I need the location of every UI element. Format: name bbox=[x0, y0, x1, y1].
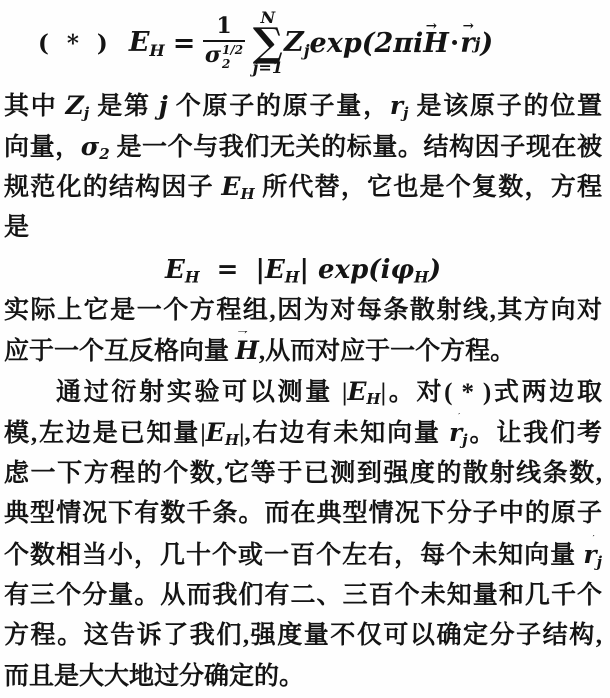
text-line: 应于一个互反格向量 →H,从而对应于一个方程。 bbox=[4, 331, 602, 372]
text-run: 向量， bbox=[4, 134, 81, 161]
math-var: r bbox=[583, 540, 596, 569]
sigma-symbol: σ bbox=[205, 44, 221, 67]
math-var: H bbox=[235, 336, 259, 365]
math-sub: H bbox=[240, 185, 254, 203]
close-paren: ) bbox=[480, 28, 493, 59]
text-run: 而且是大大地过分确定的。 bbox=[4, 663, 304, 690]
math-Z-j: Zj bbox=[284, 27, 310, 60]
math-E-H-abs: EH bbox=[265, 255, 300, 285]
math-var: E bbox=[347, 377, 366, 406]
math-E-subscript: H bbox=[149, 40, 164, 59]
vector-arrow-icon: → bbox=[426, 20, 437, 34]
math-E-H: EH bbox=[165, 255, 200, 285]
text-line: 典型情况下有数千条。而在典型情况下分子中的原子 bbox=[4, 494, 602, 535]
fraction-numerator: 1 bbox=[203, 15, 244, 42]
math-i-phi: iφ bbox=[381, 255, 414, 285]
math-E: E bbox=[265, 255, 285, 285]
math-vector: →r bbox=[449, 413, 462, 454]
math-sub: j bbox=[597, 553, 602, 571]
vector-r: →r bbox=[460, 28, 474, 59]
text-run: 。让我们考 bbox=[468, 420, 602, 447]
sigma-supsub: 1/2 2 bbox=[222, 44, 243, 70]
dot-product-icon: · bbox=[450, 28, 459, 59]
sigma-superscript: 1/2 bbox=[222, 44, 243, 57]
close-paren: ) bbox=[429, 255, 441, 285]
math-var: Z bbox=[66, 91, 84, 120]
math-var: j bbox=[159, 91, 168, 120]
vector-arrow-icon: → bbox=[238, 331, 248, 337]
exp-open: exp(2πi bbox=[310, 28, 424, 59]
text-run: 是一个与我们无关的标量。结构因子现在被 bbox=[110, 134, 602, 161]
text-run: 是第 bbox=[89, 93, 159, 120]
math-var: E bbox=[206, 418, 225, 447]
text-run: 个原子的原子量， bbox=[168, 93, 390, 120]
text-run: 规范化的结构因子 bbox=[4, 174, 221, 201]
vector-H: →H bbox=[423, 28, 449, 59]
text-run: 应于一个互反格向量 bbox=[4, 338, 235, 365]
equation-label: ( * ) bbox=[38, 30, 113, 57]
text-run: 有三个分量。从而我们有二、三百个未知量和几千个 bbox=[4, 582, 602, 609]
text-line: 其中 Zj 是第 j 个原子的原子量，rj 是该原子的位置 bbox=[4, 86, 602, 127]
math-var: r bbox=[390, 91, 403, 120]
text-run: 是该原子的位置 bbox=[408, 93, 602, 120]
vector-arrow-icon: → bbox=[451, 413, 461, 419]
text-line: 而且是大大地过分确定的。 bbox=[4, 657, 602, 698]
exp-open: exp( bbox=[318, 255, 381, 285]
math-E: E bbox=[129, 27, 150, 58]
body-text: 其中 Zj 是第 j 个原子的原子量，rj 是该原子的位置向量，σ2 是一个与我… bbox=[0, 86, 610, 698]
text-run: 方程。这告诉了我们,强度量不仅可以确定分子结构, bbox=[4, 622, 602, 649]
summation-sigma-icon: ∑ bbox=[253, 26, 283, 60]
text-line: 有三个分量。从而我们有二、三百个未知量和几千个 bbox=[4, 576, 602, 617]
equation-star-block: ( * ) EH = 1 σ 1/2 2 N ∑ j=1 Zj exp(2πi … bbox=[0, 0, 610, 86]
text-run: 模,左边是已知量| bbox=[4, 420, 206, 447]
math-sub: 2 bbox=[99, 144, 109, 162]
math-phi-subscript: H bbox=[414, 267, 429, 286]
text-run: 其中 bbox=[4, 93, 66, 120]
text-run: 虑一下方程的个数,它等于已测到强度的散射线条数, bbox=[4, 460, 602, 487]
text-run: 所代替，它也是个复数，方程 bbox=[255, 174, 602, 201]
math-vector: →r bbox=[583, 535, 596, 576]
equation-phase-block: EH = |EH| exp(iφH) bbox=[4, 249, 602, 291]
vector-arrow-icon: → bbox=[586, 535, 596, 541]
text-line: 实际上它是一个方程组,因为对每条散射线,其方向对 bbox=[4, 291, 602, 332]
text-line: 向量，σ2 是一个与我们无关的标量。结构因子现在被 bbox=[4, 127, 602, 168]
math-Z: Z bbox=[284, 27, 304, 58]
math-E-subscript: H bbox=[285, 267, 300, 286]
text-line: 通过衍射实验可以测量 |EH|。对( * )式两边取 bbox=[4, 372, 602, 413]
text-run: 实际上它是一个方程组,因为对每条散射线,其方向对 bbox=[4, 297, 602, 324]
text-run: |,右边有未知向量 bbox=[239, 420, 449, 447]
math-E-subscript: H bbox=[185, 267, 200, 286]
summation: N ∑ j=1 bbox=[253, 10, 283, 76]
summation-lower-limit: j=1 bbox=[253, 60, 283, 76]
math-E: E bbox=[165, 255, 185, 285]
fraction: 1 σ 1/2 2 bbox=[203, 15, 244, 70]
math-E-H: EH bbox=[129, 27, 165, 60]
modulus-bar: | bbox=[255, 255, 264, 285]
math-sub: H bbox=[225, 431, 239, 449]
text-run: 个数相当小，几十个或一百个左右，每个未知向量 bbox=[4, 542, 583, 569]
text-line: 模,左边是已知量|EH|,右边有未知向量 →rj。让我们考 bbox=[4, 413, 602, 454]
vector-arrow-icon: → bbox=[463, 20, 474, 34]
math-vector: →H bbox=[235, 331, 259, 372]
text-run: ,从而对应于一个方程。 bbox=[259, 338, 515, 365]
text-line: 虑一下方程的个数,它等于已测到强度的散射线条数, bbox=[4, 454, 602, 495]
text-line: 是 bbox=[4, 208, 602, 249]
text-run: 通过衍射实验可以测量 | bbox=[56, 379, 347, 406]
text-line: 个数相当小，几十个或一百个左右，每个未知向量 →rj bbox=[4, 535, 602, 576]
equals-sign: = bbox=[217, 255, 239, 285]
fraction-denominator: σ 1/2 2 bbox=[205, 42, 243, 70]
document-page: ( * ) EH = 1 σ 1/2 2 N ∑ j=1 Zj exp(2πi … bbox=[0, 0, 610, 698]
math-var: E bbox=[221, 172, 240, 201]
sigma-subscript: 2 bbox=[222, 58, 243, 71]
text-run: 典型情况下有数千条。而在典型情况下分子中的原子 bbox=[4, 500, 602, 527]
text-line: 规范化的结构因子 EH 所代替，它也是个复数，方程 bbox=[4, 167, 602, 208]
math-sub: H bbox=[366, 390, 380, 408]
equals-sign: = bbox=[173, 28, 196, 59]
modulus-bar: | bbox=[300, 255, 309, 285]
text-line: 方程。这告诉了我们,强度量不仅可以确定分子结构, bbox=[4, 616, 602, 657]
math-var: σ bbox=[81, 132, 99, 161]
text-run: |。对( * )式两边取 bbox=[381, 379, 602, 406]
math-var: r bbox=[449, 418, 462, 447]
text-run: 是 bbox=[4, 214, 29, 241]
